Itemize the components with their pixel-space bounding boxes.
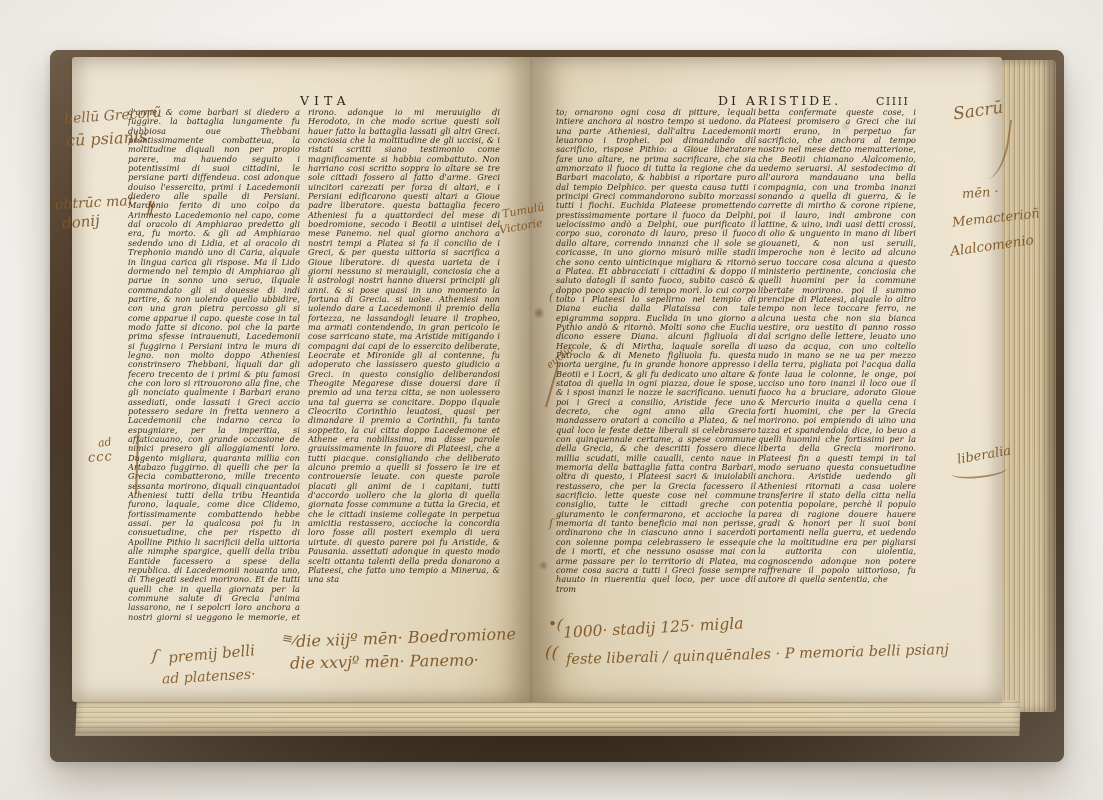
marginal-note-mardonius-line2: donij [61, 211, 100, 232]
folio-number: CIIII [876, 95, 909, 108]
marginal-ink-mark-stadii: •( [547, 614, 564, 633]
gutter-ink-mark-2: ſ [549, 517, 553, 530]
marginal-note-ad-ccc-line1: ad [97, 435, 112, 450]
right-column-1: to; ornarono ogni cosa di pitture, lequa… [556, 108, 756, 622]
fore-edge-pages [1002, 60, 1056, 712]
marginal-note-date-panemo: die xxvjº mēn· Panemo· [290, 650, 479, 672]
marginal-note-ad-ccc-line2: ccc [88, 449, 114, 466]
left-column-1: d'arme, & come barbari si diedero a fugg… [128, 108, 300, 622]
bottom-edge-pages [75, 700, 1020, 736]
marginal-note-month-line1: mēn · [962, 185, 1000, 203]
right-column-2: betta confermate queste cose, i Plateesi… [758, 108, 916, 622]
marginal-ink-mark-feste: (( [544, 642, 559, 663]
photo-stage: VITA d'arme, & come barbari si diedero a… [0, 0, 1103, 800]
running-head-right: DI ARISTIDE. [718, 93, 841, 108]
left-column-2: rirono. adonque io mi merauiglio di Hero… [308, 108, 500, 622]
running-head-left: VITA [300, 93, 351, 108]
right-page: DI ARISTIDE. CIIII to; ornarono ogni cos… [532, 57, 1002, 702]
left-page: VITA d'arme, & come barbari si diedero a… [72, 57, 532, 702]
gutter-ink-mark-1: ( [549, 291, 553, 304]
